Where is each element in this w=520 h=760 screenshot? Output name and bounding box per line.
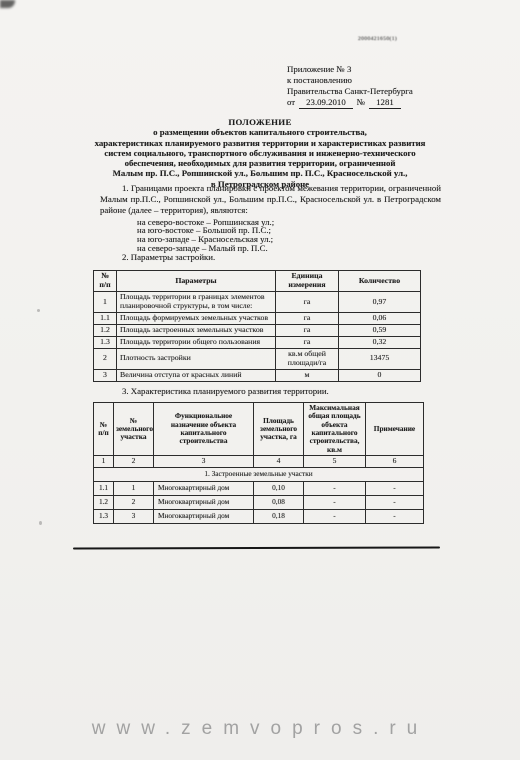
table-cell: Многоквартирный дом	[154, 482, 254, 496]
column-number-row: 1 2 3 4 5 6	[94, 456, 424, 468]
table-cell: 2	[94, 348, 117, 369]
parameters-table: № п/п Параметры Единица измерения Количе…	[93, 270, 421, 382]
document-page: 2000421650(1) Приложение № 3 к постановл…	[0, 0, 520, 760]
table-cell: 1.1	[94, 482, 114, 496]
section-1-paragraph: 1. Границами проекта планировки с проект…	[100, 183, 441, 216]
table-cell: 2	[114, 496, 154, 510]
table-row: 1 Площадь территории в границах элементо…	[94, 292, 421, 313]
table-header-cell: Количество	[339, 271, 421, 292]
column-number: 3	[154, 456, 254, 468]
table-row: 1.1 1 Многоквартирный дом 0,10 - -	[94, 482, 424, 496]
table-cell: Площадь территории в границах элементов …	[117, 292, 276, 313]
boundary-list-item: на северо-западе – Малый пр. П.С.	[137, 244, 441, 253]
table-cell: 1.3	[94, 336, 117, 348]
table-row: 1.3 3 Многоквартирный дом 0,18 - -	[94, 510, 424, 524]
watermark: www.zemvopros.ru	[0, 718, 520, 740]
table-cell: Площадь формируемых земельных участков	[117, 313, 276, 325]
table-row: 1.2 2 Многоквартирный дом 0,08 - -	[94, 496, 424, 510]
title-line: обеспечения, необходимых для развития те…	[30, 158, 490, 168]
boundary-list: на северо-востоке – Ропшинская ул.; на ю…	[137, 218, 441, 252]
table-cell: 0,32	[339, 336, 421, 348]
decree-number: 1281	[369, 97, 401, 109]
table-header-cell: Максимальная общая площадь объекта капит…	[304, 403, 366, 456]
column-number: 1	[94, 456, 114, 468]
table-cell: 1	[94, 292, 117, 313]
table-cell: -	[366, 496, 424, 510]
table-cell: -	[304, 510, 366, 524]
section-3-heading: 3. Характеристика планируемого развития …	[122, 386, 329, 396]
table-cell: га	[276, 336, 339, 348]
table-cell: Многоквартирный дом	[154, 510, 254, 524]
appendix-line: Приложение № 3	[287, 64, 413, 75]
scan-artifact-dot	[37, 309, 40, 312]
table-cell: га	[276, 324, 339, 336]
table-cell: 1.2	[94, 496, 114, 510]
table-header-cell: Единица измерения	[276, 271, 339, 292]
table-cell: 1	[114, 482, 154, 496]
decree-date: 23.09.2010	[299, 97, 353, 109]
development-table: № п/п № земельного участка Функционально…	[93, 402, 424, 524]
column-number: 2	[114, 456, 154, 468]
table-header-cell: Параметры	[117, 271, 276, 292]
table-cell: 3	[94, 369, 117, 381]
table-cell: 0	[339, 369, 421, 381]
column-number: 5	[304, 456, 366, 468]
table-cell: м	[276, 369, 339, 381]
table-row: 1.3 Площадь территории общего пользовани…	[94, 336, 421, 348]
table-cell: га	[276, 292, 339, 313]
number-sign: №	[357, 97, 365, 107]
table-header-row: № п/п № земельного участка Функционально…	[94, 403, 424, 456]
table-cell: Величина отступа от красных линий	[117, 369, 276, 381]
table-cell: 0,97	[339, 292, 421, 313]
title-line: Малым пр. П.С., Ропшинской ул., Большим …	[30, 168, 490, 178]
table-cell: 1.2	[94, 324, 117, 336]
table-cell: -	[366, 510, 424, 524]
title-line: о размещении объектов капитального строи…	[30, 127, 490, 137]
table-cell: Многоквартирный дом	[154, 496, 254, 510]
table-cell: Площадь застроенных земельных участков	[117, 324, 276, 336]
table-row: 2 Плотность застройки кв.м общей площади…	[94, 348, 421, 369]
title-line: характеристиках планируемого развития те…	[30, 138, 490, 148]
group-header: 1. Застроенные земельные участки	[94, 468, 424, 482]
column-number: 4	[254, 456, 304, 468]
date-prefix: от	[287, 97, 295, 107]
table-row: 3 Величина отступа от красных линий м 0	[94, 369, 421, 381]
table-header-cell: № земельного участка	[114, 403, 154, 456]
separator-line	[73, 547, 440, 550]
document-title: ПОЛОЖЕНИЕ о размещении объектов капиталь…	[30, 117, 490, 189]
scan-artifact-dot	[39, 521, 42, 525]
column-number: 6	[366, 456, 424, 468]
appendix-block: Приложение № 3 к постановлению Правитель…	[287, 64, 413, 109]
table-row: 1.2 Площадь застроенных земельных участк…	[94, 324, 421, 336]
table-cell: 3	[114, 510, 154, 524]
group-header-row: 1. Застроенные земельные участки	[94, 468, 424, 482]
table-cell: га	[276, 313, 339, 325]
scan-stamp-code: 2000421650(1)	[358, 36, 468, 42]
title-line: систем социального, транспортного обслуж…	[30, 148, 490, 158]
section-1: 1. Границами проекта планировки с проект…	[100, 183, 441, 252]
table-cell: 0,10	[254, 482, 304, 496]
table-cell: 0,18	[254, 510, 304, 524]
table-row: 1.1 Площадь формируемых земельных участк…	[94, 313, 421, 325]
appendix-line: к постановлению	[287, 75, 413, 86]
table-cell: 13475	[339, 348, 421, 369]
table-header-cell: Функциональное назначение объекта капита…	[154, 403, 254, 456]
table-header-cell: № п/п	[94, 403, 114, 456]
table-header-cell: Примечание	[366, 403, 424, 456]
table-cell: -	[304, 482, 366, 496]
table-header-row: № п/п Параметры Единица измерения Количе…	[94, 271, 421, 292]
table-cell: 0,06	[339, 313, 421, 325]
table-cell: 0,08	[254, 496, 304, 510]
appendix-date-line: от23.09.2010№1281	[287, 97, 413, 109]
scan-artifact-corner	[0, 0, 15, 8]
table-cell: кв.м общей площади/га	[276, 348, 339, 369]
table-cell: 1.1	[94, 313, 117, 325]
table-header-cell: Площадь земельного участка, га	[254, 403, 304, 456]
title-heading: ПОЛОЖЕНИЕ	[30, 117, 490, 127]
table-cell: Площадь территории общего пользования	[117, 336, 276, 348]
table-cell: -	[366, 482, 424, 496]
appendix-line: Правительства Санкт-Петербурга	[287, 86, 413, 97]
table-cell: 1.3	[94, 510, 114, 524]
table-header-cell: № п/п	[94, 271, 117, 292]
section-2-heading: 2. Параметры застройки.	[122, 252, 215, 262]
table-cell: -	[304, 496, 366, 510]
table-cell: Плотность застройки	[117, 348, 276, 369]
table-cell: 0,59	[339, 324, 421, 336]
